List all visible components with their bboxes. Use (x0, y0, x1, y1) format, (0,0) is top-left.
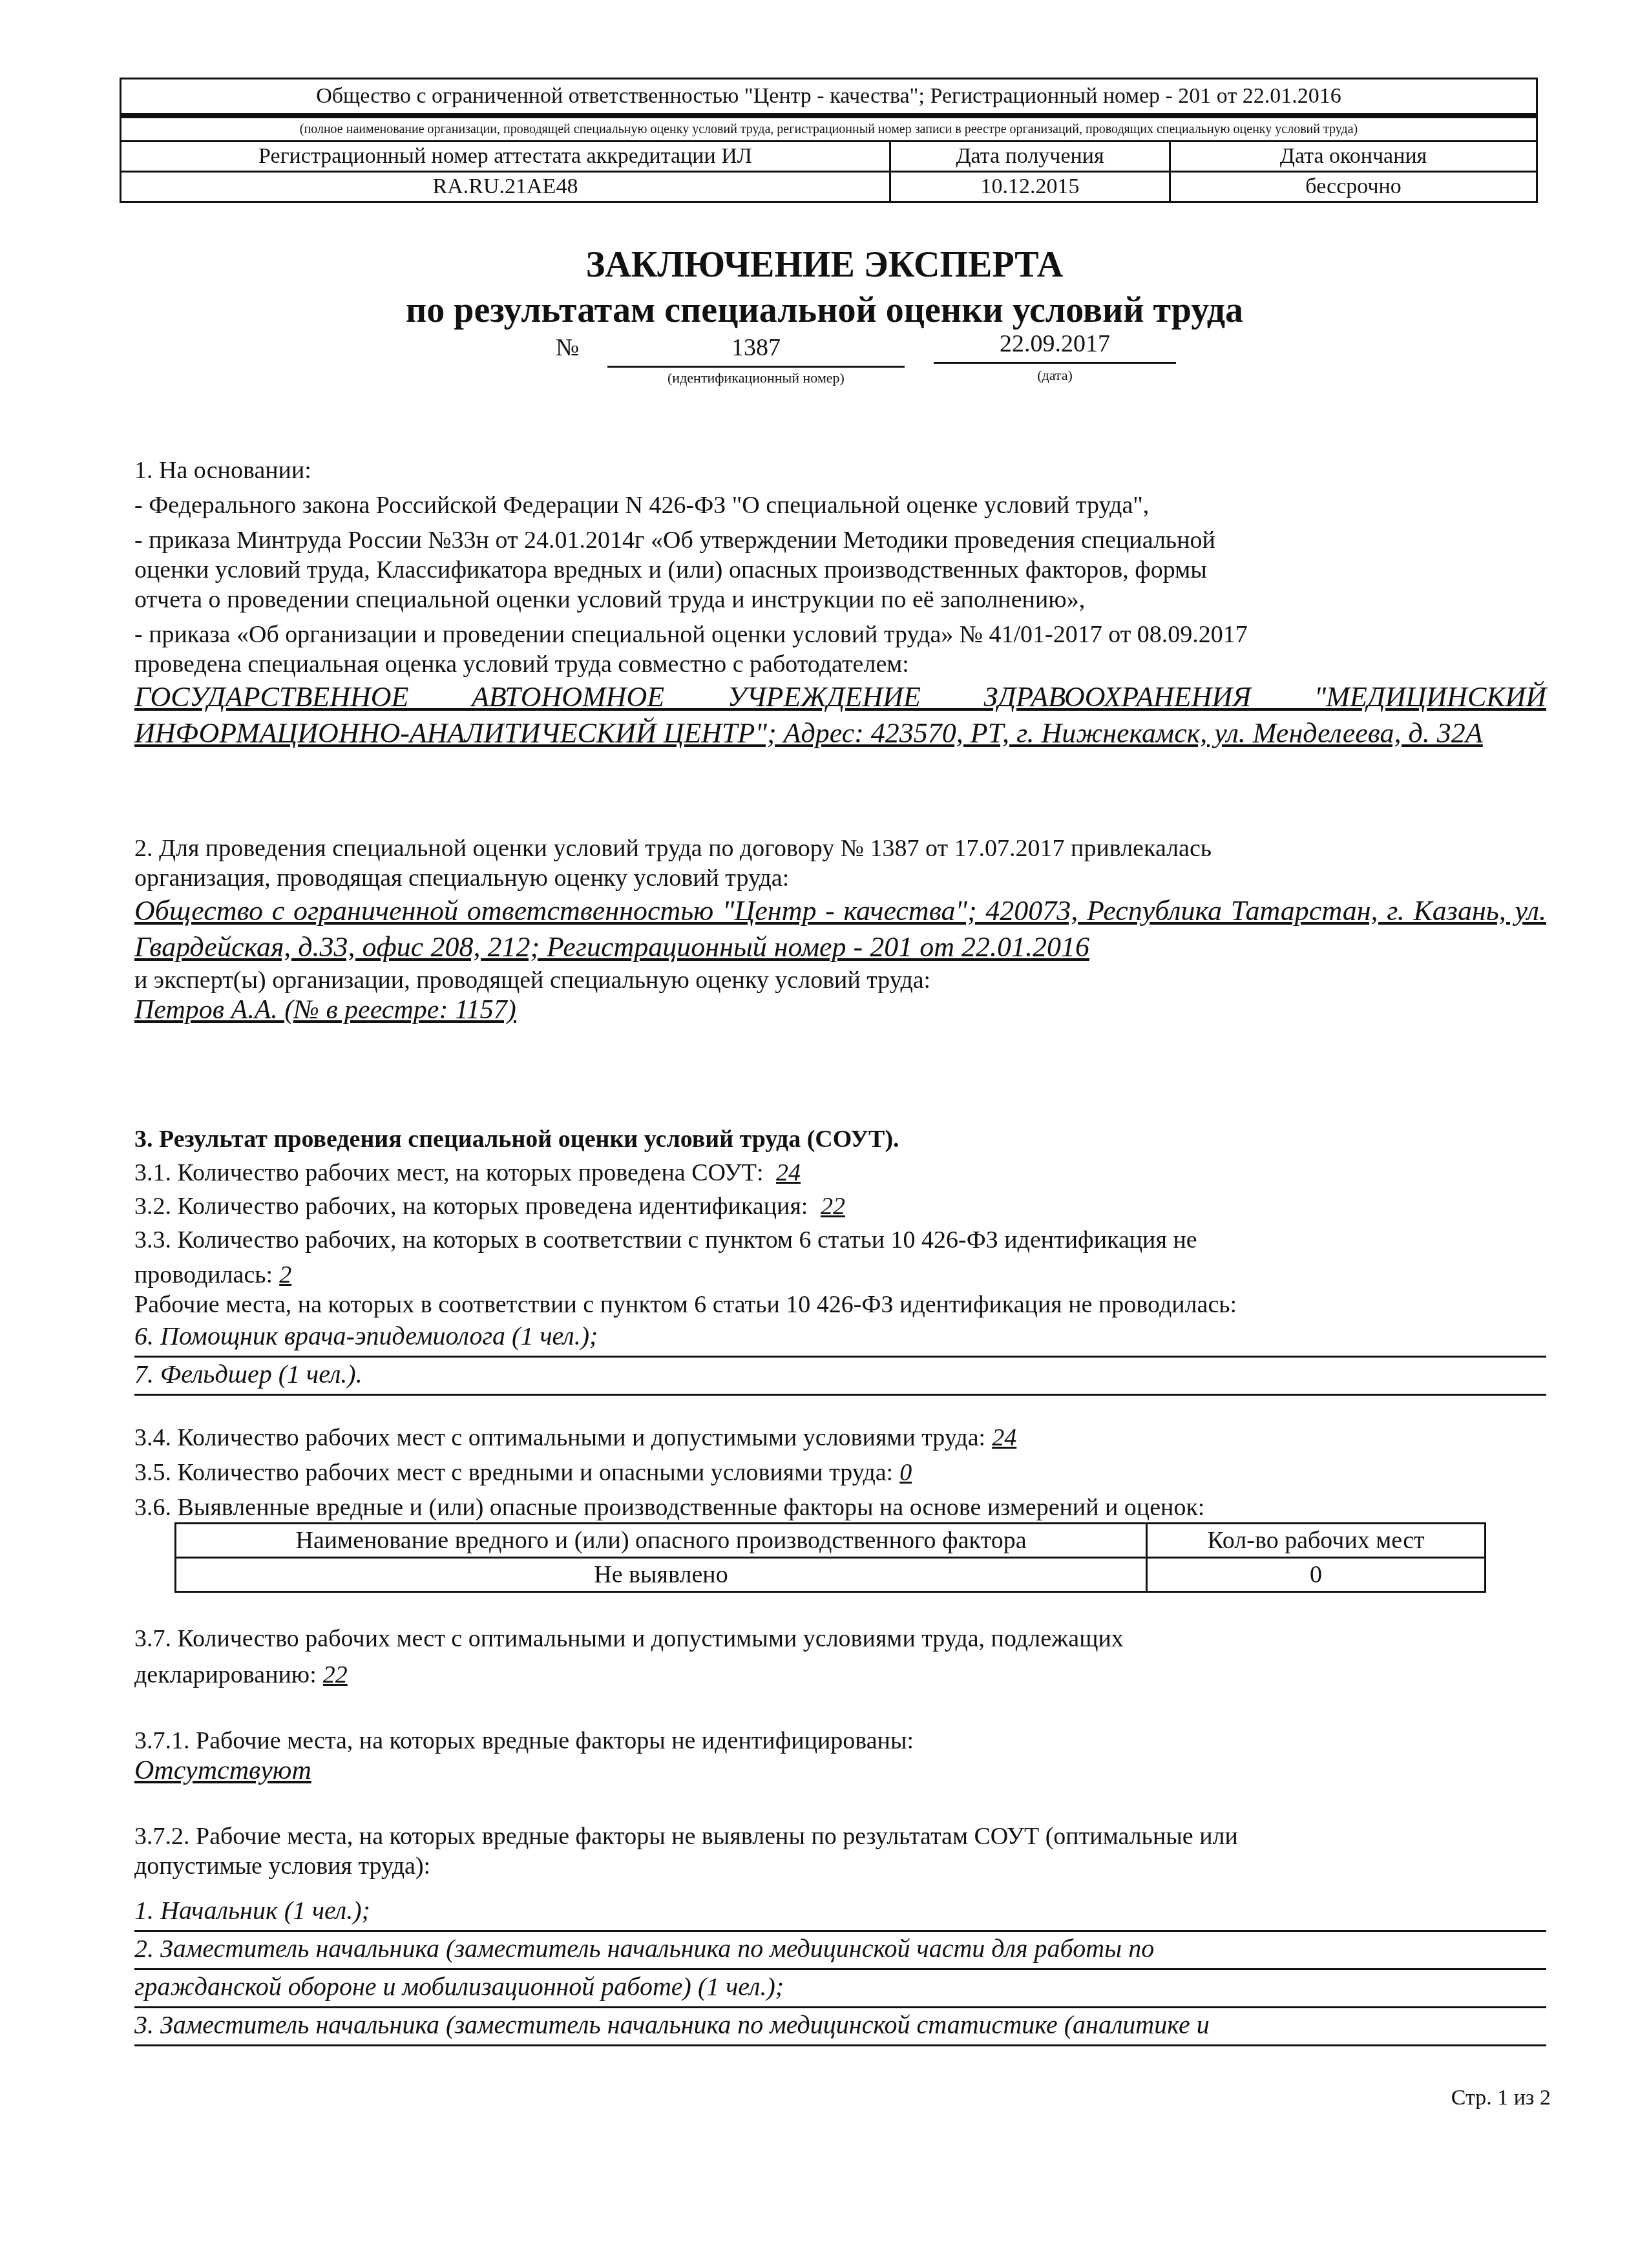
conclusion-date: 22.09.2017 (934, 330, 1176, 364)
item-3-7: декларированию:22 (134, 1660, 1546, 1690)
item-3-6-label: 3.6. Выявленные вредные и (или) опасные … (134, 1493, 1546, 1522)
contract-line: 2. Для проведения специальной оценки усл… (134, 834, 1546, 863)
workplace-item: 1. Начальник (1 чел.); (134, 1894, 1546, 1932)
item-3-5-value: 0 (893, 1459, 918, 1486)
workplace-item: гражданской обороне и мобилизационной ра… (134, 1970, 1546, 2008)
hazard-factors-table: Наименование вредного и (или) опасного п… (174, 1522, 1486, 1593)
issue-date-header: Дата получения (890, 142, 1170, 172)
not-identified-item: 6. Помощник врача-эпидемиолога (1 чел.); (134, 1319, 1546, 1358)
item-3-1-label: 3.1. Количество рабочих мест, на которых… (134, 1159, 764, 1186)
basis-line: проведена специальная оценка условий тру… (134, 649, 1546, 679)
expiry-date-header: Дата окончания (1170, 142, 1537, 172)
item-3-3-label-cont: проводилась: (134, 1261, 273, 1288)
contract-line: организация, проводящая специальную оцен… (134, 863, 1546, 893)
item-3-7-2-label-cont: допустимые условия труда): (134, 1851, 1546, 1881)
item-3-2: 3.2. Количество рабочих, на которых пров… (134, 1192, 1546, 1221)
identification-number-caption: (идентификационный номер) (607, 370, 905, 386)
workplace-count-header: Кол-во рабочих мест (1147, 1524, 1486, 1558)
section-1: 1. На основании: - Федерального закона Р… (134, 456, 1546, 751)
item-3-4-label: 3.4. Количество рабочих мест с оптимальн… (134, 1424, 985, 1451)
document-title: ЗАКЛЮЧЕНИЕ ЭКСПЕРТА (0, 244, 1649, 286)
basis-line: оценки условий труда, Классификатора вре… (134, 555, 1546, 585)
experts-label: и эксперт(ы) организации, проводящей спе… (134, 965, 1546, 995)
issue-date: 10.12.2015 (890, 172, 1170, 202)
item-3-7-label: 3.7. Количество рабочих мест с оптимальн… (134, 1624, 1546, 1654)
item-3-3-value: 2 (273, 1261, 298, 1288)
item-3-3-label: 3.3. Количество рабочих, на которых в со… (134, 1225, 1546, 1255)
organization-caption: (полное наименование организации, провод… (121, 116, 1537, 142)
section-2: 2. Для проведения специальной оценки усл… (134, 834, 1546, 1025)
workplace-count: 0 (1147, 1558, 1486, 1592)
workplaces-list: 1. Начальник (1 чел.); 2. Заместитель на… (134, 1894, 1546, 2046)
accreditation-number-header: Регистрационный номер аттестата аккредит… (121, 142, 890, 172)
item-3-3: проводилась:2 (134, 1260, 1546, 1290)
item-3-4-value: 24 (985, 1424, 1023, 1451)
item-3-4: 3.4. Количество рабочих мест с оптимальн… (134, 1423, 1546, 1453)
number-sign: № (556, 333, 579, 362)
basis-line: - Федерального закона Российской Федерац… (134, 490, 1546, 520)
item-3-2-value: 22 (814, 1193, 852, 1220)
item-3-1-value: 24 (770, 1159, 807, 1186)
factor-name-header: Наименование вредного и (или) опасного п… (176, 1524, 1147, 1558)
document-subtitle: по результатам специальной оценки услови… (0, 289, 1649, 331)
identification-number: 1387 (607, 333, 905, 368)
item-3-7-label-cont: декларированию: (134, 1661, 317, 1688)
workplace-item: 3. Заместитель начальника (заместитель н… (134, 2008, 1546, 2046)
item-3-5-label: 3.5. Количество рабочих мест с вредными … (134, 1459, 893, 1486)
accreditation-number: RA.RU.21AE48 (121, 172, 890, 202)
page-number: Стр. 1 из 2 (1451, 2086, 1551, 2110)
section-3-heading: 3. Результат проведения специальной оцен… (134, 1124, 1546, 1154)
workplace-item: 2. Заместитель начальника (заместитель н… (134, 1932, 1546, 1970)
item-3-2-label: 3.2. Количество рабочих, на которых пров… (134, 1193, 808, 1220)
expert-name: Петров А.А. (№ в реестре: 1157) (134, 995, 1546, 1025)
item-3-5: 3.5. Количество рабочих мест с вредными … (134, 1458, 1546, 1487)
basis-line: отчета о проведении специальной оценки у… (134, 585, 1546, 614)
conclusion-date-caption: (дата) (934, 367, 1176, 384)
assessing-organization: Общество с ограниченной ответственностью… (134, 893, 1546, 965)
organization-header-table: Общество с ограниченной ответственностью… (120, 78, 1538, 203)
item-3-7-1-label: 3.7.1. Рабочие места, на которых вредные… (134, 1726, 1546, 1756)
section-3: 3. Результат проведения специальной оцен… (134, 1124, 1546, 2046)
expiry-date: бессрочно (1170, 172, 1537, 202)
section-1-heading: 1. На основании: (134, 456, 1546, 485)
not-identified-label: Рабочие места, на которых в соответствии… (134, 1290, 1546, 1319)
organization-name: Общество с ограниченной ответственностью… (121, 79, 1537, 116)
basis-line: - приказа «Об организации и проведении с… (134, 620, 1546, 649)
document-page: Общество с ограниченной ответственностью… (0, 0, 1649, 2268)
item-3-7-2-label: 3.7.2. Рабочие места, на которых вредные… (134, 1822, 1546, 1851)
item-3-7-1-value: Отсутствуют (134, 1756, 1546, 1785)
not-identified-item: 7. Фельдшер (1 чел.). (134, 1358, 1546, 1396)
employer-name: ГОСУДАРСТВЕННОЕ АВТОНОМНОЕ УЧРЕЖДЕНИЕ ЗД… (134, 679, 1546, 751)
item-3-7-value: 22 (317, 1661, 354, 1688)
basis-line: - приказа Минтруда России №33н от 24.01.… (134, 525, 1546, 555)
table-row: Не выявлено 0 (176, 1558, 1486, 1592)
factor-name: Не выявлено (176, 1558, 1147, 1592)
item-3-1: 3.1. Количество рабочих мест, на которых… (134, 1158, 1546, 1188)
